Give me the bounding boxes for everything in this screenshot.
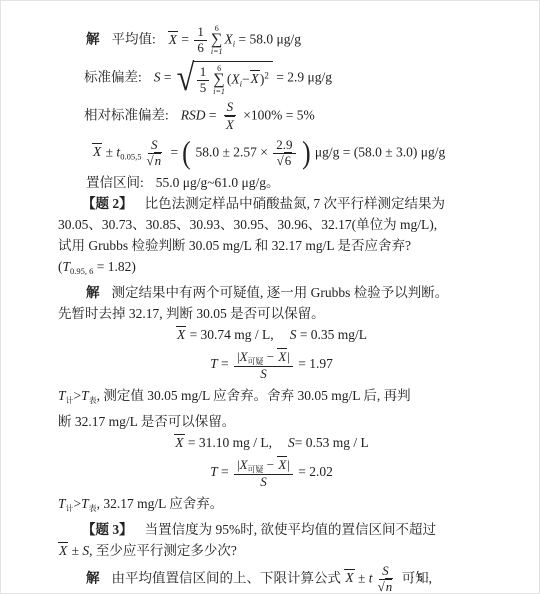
summation-symbol: 6∑i=1 [211, 25, 223, 55]
problem-3-continued-line: X ± S, 至少应平行测定多少次? [58, 540, 485, 561]
fraction-s-over-xbar: SX [222, 100, 238, 133]
s-symbol: S [290, 327, 297, 342]
mean-result: = 58.0 μg/g [239, 32, 301, 47]
grubbs-question-line: 试用 Grubbs 检验判断 30.05 mg/L 和 32.17 mg/L 是… [58, 235, 485, 256]
x-term: X [225, 32, 233, 47]
t-table-symbol: T [81, 496, 89, 511]
radical-icon: √ [378, 579, 385, 594]
t-statistic-symbol: T [210, 464, 218, 479]
greater-than-sign: > [74, 388, 82, 403]
conclusion-1-continued: 断 32.17 mg/L 是否可以保留。 [58, 414, 235, 429]
fraction-numerator: |X可疑 − X| [234, 348, 293, 367]
abs-bar: | [287, 349, 290, 364]
x-suspect-subscript: 可疑 [248, 465, 264, 474]
sigma-icon: ∑ [213, 73, 224, 87]
x-suspect-symbol: X [240, 457, 248, 472]
xbar-symbol: X [168, 31, 178, 47]
std-dev-result: = 2.9 μg/g [276, 69, 332, 84]
radical-icon: √ [176, 63, 194, 93]
fraction-denominator: √n [143, 154, 165, 169]
plus-minus-sign: ± [106, 144, 113, 159]
problem-3-intro-line: 【题 3】当置信度为 95%时, 欲使平均值的置信区间不超过 [58, 519, 485, 540]
t-critical-value-line: (T0.95, 6 = 1.82) [58, 256, 485, 282]
s-symbol: S [154, 69, 161, 84]
big-close-paren: ) [302, 140, 311, 166]
fraction-denominator: 6 [194, 41, 207, 56]
plus-minus-sign: ± [72, 543, 79, 558]
std-deviation-formula-line: 标准偏差:S = √156∑i=1(Xi−X)2 = 2.9 μg/g [84, 61, 485, 96]
fraction-one-fifth: 15 [197, 65, 210, 96]
minus-sign: − [267, 349, 274, 364]
confidence-interval-text-line: 置信区间:55.0 μg/g~61.0 μg/g。 [58, 172, 485, 193]
mean-sd-values-line-2: X = 31.10 mg / L,S= 0.53 mg / L [58, 432, 485, 453]
fraction-denominator: √6 [274, 154, 296, 169]
radical-icon: √ [146, 153, 153, 168]
grubbs-t-formula-2: T = |X可疑 − X|S = 2.02 [58, 456, 485, 490]
plus-minus-sign: ± [358, 570, 365, 585]
sum-lower-limit: i=1 [213, 88, 225, 96]
fraction-s-over-sqrt-n: S√n [375, 564, 397, 594]
rsd-symbol: RSD [181, 107, 206, 122]
conclusion-1-continued-line: 断 32.17 mg/L 是否可以保留。 [58, 411, 485, 432]
t-calc-subscript: 计 [66, 396, 74, 405]
problem-2-intro-line: 【题 2】比色法测定样品中硝酸盐氮, 7 次平行样测定结果为 [58, 193, 485, 214]
grubbs-fraction: |X可疑 − X|S [234, 456, 293, 490]
fraction-denominator: √n [375, 580, 397, 594]
xbar-symbol: X [58, 542, 68, 558]
xbar-symbol: X [277, 456, 287, 472]
textbook-page: 解平均值:X = 166∑i=1Xi = 58.0 μg/g 标准偏差:S = … [0, 0, 540, 594]
t-result-2: = 2.02 [298, 464, 333, 479]
t-symbol: t [369, 570, 373, 585]
x-suspect-symbol: X [240, 349, 248, 364]
x-term-subscript: i [233, 39, 235, 49]
xbar-symbol: X [225, 116, 235, 132]
problem-3-label: 【题 3】 [82, 522, 133, 537]
equals-sign: = [170, 144, 178, 159]
conclusion-2-text: , 32.17 mg/L 应舍弃。 [97, 496, 224, 511]
fraction-numerator: 1 [194, 25, 207, 41]
t-subscript: 0.05,5 [120, 151, 141, 161]
fraction-denominator: S [257, 367, 270, 382]
t-critical-value: = 1.82) [97, 259, 136, 274]
xbar-symbol: X [174, 434, 184, 450]
confidence-interval-formula-line: X ± t0.05,5S√n = ( 58.0 ± 2.57 × 2.9√6 )… [92, 138, 485, 169]
rsd-result: ×100% = 5% [243, 107, 314, 122]
x-term: X [231, 71, 239, 86]
grubbs-question: 试用 Grubbs 检验判断 30.05 mg/L 和 32.17 mg/L 是… [58, 238, 411, 253]
t-symbol: T [63, 259, 71, 274]
mean-sd-values-line-1: X = 30.74 mg / L,S = 0.35 mg/L [58, 324, 485, 345]
remove-value-text: 先暂时去掉 32.17, 判断 30.05 是否可以保留。 [58, 306, 325, 321]
mean-label: 平均值: [112, 32, 156, 47]
rsd-label: 相对标准偏差: [84, 107, 169, 122]
radical-icon: √ [277, 153, 284, 168]
equals-sign: = [181, 32, 189, 47]
sigma-icon: ∑ [211, 33, 222, 47]
fraction-2-9-over-sqrt-6: 2.9√6 [273, 138, 295, 169]
minus-sign: − [242, 71, 250, 86]
measurement-values-line: 30.05、30.73、30.85、30.93、30.95、30.96、32.1… [58, 214, 485, 235]
sum-lower-limit: i=1 [211, 48, 223, 56]
fraction-denominator: 5 [197, 81, 210, 96]
t-table-symbol: T [81, 388, 89, 403]
xbar-symbol: X [176, 326, 186, 342]
summation-symbol: 6∑i=1 [213, 65, 225, 95]
t-table-subscript: 表 [89, 396, 97, 405]
big-open-paren: ( [183, 140, 192, 166]
problem-3-continued-text: , 至少应平行测定多少次? [89, 543, 237, 558]
squared-exponent: 2 [264, 70, 269, 80]
page-number: · 5 · [411, 572, 429, 584]
problem-2-text: 比色法测定样品中硝酸盐氮, 7 次平行样测定结果为 [145, 196, 445, 211]
mean-value-formula-line: 解平均值:X = 166∑i=1Xi = 58.0 μg/g [86, 25, 485, 56]
t-statistic-symbol: T [210, 356, 218, 371]
fraction-denominator: X [222, 116, 238, 133]
solution-2-text: 测定结果中有两个可疑值, 逐一用 Grubbs 检验予以判断。 [112, 285, 449, 300]
sqrt-6-term: 6 [284, 152, 293, 168]
square-root-body: 156∑i=1(Xi−X)2 [193, 61, 273, 96]
xbar-symbol: X [92, 143, 102, 159]
t-table-subscript: 表 [89, 504, 97, 513]
std-dev-label: 标准偏差: [84, 69, 142, 84]
t-result-1: = 1.97 [298, 356, 333, 371]
sd-value-2: = 0.53 mg / L [295, 435, 369, 450]
mean-value-2: = 31.10 mg / L, [188, 435, 272, 450]
solve-label: 解 [86, 32, 100, 47]
equals-sign: = [221, 464, 229, 479]
ci-label: 置信区间: [86, 175, 144, 190]
grubbs-fraction: |X可疑 − X|S [234, 348, 293, 382]
t-subscript: 0.95, 6 [70, 266, 93, 276]
conclusion-2-line: T计>T表, 32.17 mg/L 应舍弃。 [58, 493, 485, 519]
sd-value-1: = 0.35 mg/L [300, 327, 367, 342]
conclusion-1-text: , 测定值 30.05 mg/L 应舍弃。舍弃 30.05 mg/L 后, 再判 [97, 388, 411, 403]
equals-sign: = [164, 69, 172, 84]
fraction-one-sixth: 16 [194, 25, 207, 56]
grubbs-t-formula-1: T = |X可疑 − X|S = 1.97 [58, 348, 485, 382]
abs-bar: | [287, 457, 290, 472]
xbar-symbol: X [344, 569, 354, 585]
xbar-symbol: X [277, 348, 287, 364]
t-calc-subscript: 计 [66, 504, 74, 513]
equals-sign: = [209, 107, 217, 122]
solution-2-intro-line: 解测定结果中有两个可疑值, 逐一用 Grubbs 检验予以判断。 [58, 282, 485, 303]
fraction-numerator: S [224, 100, 237, 116]
t-calc-symbol: T [58, 496, 66, 511]
sqrt-n-term: n [154, 152, 163, 168]
mean-value-1: = 30.74 mg / L, [190, 327, 274, 342]
ci-value: 55.0 μg/g~61.0 μg/g。 [156, 175, 280, 190]
sqrt-n-term: n [385, 578, 394, 594]
interval-result: μg/g = (58.0 ± 3.0) μg/g [315, 144, 445, 159]
xbar-symbol: X [250, 70, 260, 86]
minus-sign: − [267, 457, 274, 472]
fraction-s-over-sqrt-n: S√n [143, 138, 165, 169]
fraction-numerator: 1 [197, 65, 210, 81]
remove-value-text-line: 先暂时去掉 32.17, 判断 30.05 是否可以保留。 [58, 303, 485, 324]
fraction-numerator: |X可疑 − X| [234, 456, 293, 475]
measurement-values: 30.05、30.73、30.85、30.93、30.95、30.96、32.1… [58, 217, 437, 232]
greater-than-sign: > [74, 496, 82, 511]
problem-2-label: 【题 2】 [82, 196, 133, 211]
rsd-formula-line: 相对标准偏差:RSD = SX ×100% = 5% [84, 100, 485, 133]
solve-label: 解 [86, 570, 100, 585]
conclusion-1-line: T计>T表, 测定值 30.05 mg/L 应舍弃。舍弃 30.05 mg/L … [58, 385, 485, 411]
fraction-denominator: S [257, 475, 270, 490]
x-suspect-subscript: 可疑 [248, 357, 264, 366]
problem-3-text: 当置信度为 95%时, 欲使平均值的置信区间不超过 [145, 522, 436, 537]
square-root: √156∑i=1(Xi−X)2 [175, 61, 273, 96]
interval-expression: 58.0 ± 2.57 × [195, 144, 267, 159]
s-symbol: S [288, 435, 295, 450]
solve-label: 解 [86, 285, 100, 300]
solution-3-text: 由平均值置信区间的上、下限计算公式 [112, 570, 342, 585]
equals-sign: = [221, 356, 229, 371]
t-calc-symbol: T [58, 388, 66, 403]
